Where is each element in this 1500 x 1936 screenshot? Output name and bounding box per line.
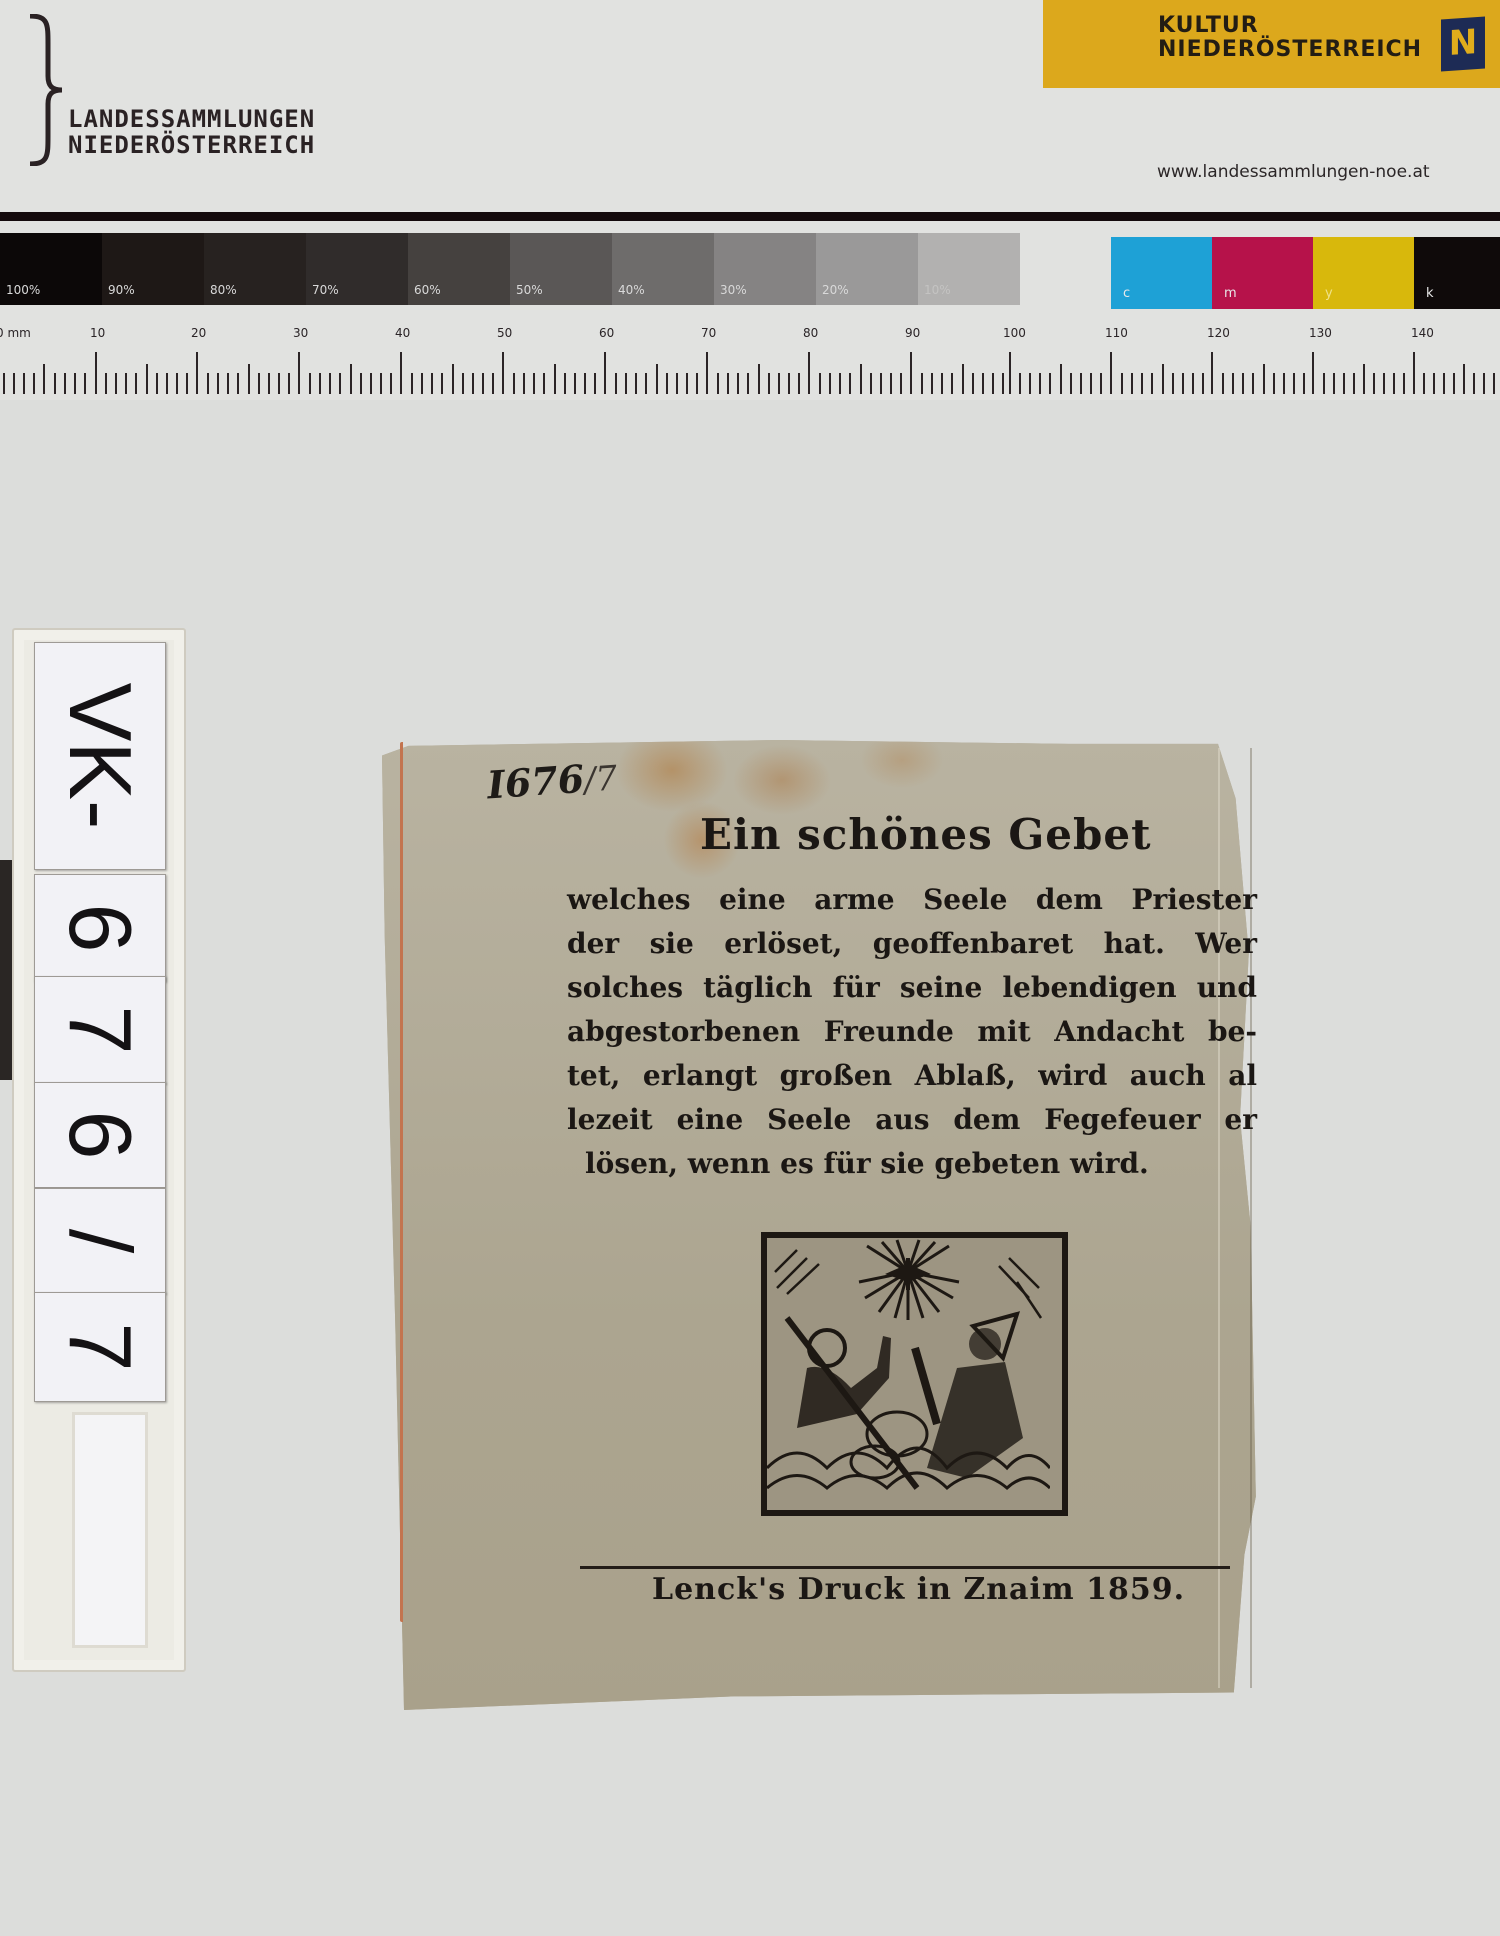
label-tile: 7 (34, 976, 166, 1084)
body-line: lösen, wenn es für sie gebeten wird. (567, 1142, 1257, 1186)
inventory-number-suffix: /7 (583, 759, 619, 801)
imprint-rule (580, 1566, 1230, 1569)
document-title: Ein schönes Gebet (700, 810, 1152, 859)
cmyk-strip: c m y k (1111, 237, 1500, 309)
document-body: welches eine arme Seele dem Priester der… (567, 878, 1257, 1186)
gray-patch-90: 90% (102, 233, 204, 305)
gray-patch-100: 100% (0, 233, 102, 305)
body-line: abgestorbenen Freunde mit Andacht be- (567, 1010, 1257, 1054)
reference-card: LANDESSAMMLUNGEN NIEDERÖSTERREICH KULTUR… (0, 0, 1500, 400)
binding-thread (400, 742, 409, 1622)
gray-patch-30: 30% (714, 233, 816, 305)
mm-ruler: 0 mm 10 20 30 40 50 60 70 80 90 100 110 … (0, 320, 1500, 398)
divider (0, 212, 1500, 221)
background-shadow (0, 860, 12, 1080)
label-tile: / (34, 1188, 166, 1294)
magenta-patch: m (1212, 237, 1313, 309)
body-line: der sie erlöset, geoffenbaret hat. Wer (567, 922, 1257, 966)
body-line: solches täglich für seine lebendigen und (567, 966, 1257, 1010)
body-line: welches eine arme Seele dem Priester (567, 878, 1257, 922)
woodcut-illustration (761, 1232, 1068, 1516)
label-tile: 6 (34, 874, 166, 982)
body-line: tet, erlangt großen Ablaß, wird auch al (567, 1054, 1257, 1098)
institution-logo-line1: LANDESSAMMLUNGEN (68, 106, 315, 132)
label-tile: 7 (34, 1292, 166, 1402)
sponsor-logo-line2: NIEDERÖSTERREICH (1158, 38, 1422, 62)
yellow-patch: y (1313, 237, 1414, 309)
body-line: lezeit eine Seele aus dem Fegefeuer er (567, 1098, 1257, 1142)
inventory-number: I676/7 (486, 754, 619, 808)
object-label-holder: VK- 6 7 6 / 7 (12, 628, 186, 1672)
gray-patch-10: 10% (918, 233, 1020, 305)
website-text: www.landessammlungen-noe.at (1157, 162, 1430, 182)
gray-patch-80: 80% (204, 233, 306, 305)
label-tile: VK- (34, 642, 166, 870)
grayscale-strip: 100% 90% 80% 70% 60% 50% 40% 30% 20% 10% (0, 233, 1020, 305)
gray-patch-50: 50% (510, 233, 612, 305)
gray-patch-70: 70% (306, 233, 408, 305)
label-holder-window (72, 1412, 148, 1648)
gray-patch-40: 40% (612, 233, 714, 305)
gray-patch-60: 60% (408, 233, 510, 305)
brace-logo-icon (26, 14, 66, 166)
black-patch: k (1414, 237, 1500, 309)
noe-badge-icon: N (1441, 16, 1485, 71)
printer-imprint: Lenck's Druck in Znaim 1859. (652, 1572, 1185, 1607)
institution-logo: LANDESSAMMLUNGEN NIEDERÖSTERREICH (68, 106, 315, 158)
gray-patch-20: 20% (816, 233, 918, 305)
woodcut-illustration-icon (767, 1238, 1050, 1498)
ruler-ticks (0, 338, 1500, 398)
inventory-number-main: I676 (486, 756, 586, 808)
sponsor-logo: KULTUR NIEDERÖSTERREICH N (1043, 0, 1500, 88)
sponsor-logo-line1: KULTUR (1158, 14, 1422, 38)
institution-logo-line2: NIEDERÖSTERREICH (68, 132, 315, 158)
label-tile: 6 (34, 1082, 166, 1188)
cyan-patch: c (1111, 237, 1212, 309)
